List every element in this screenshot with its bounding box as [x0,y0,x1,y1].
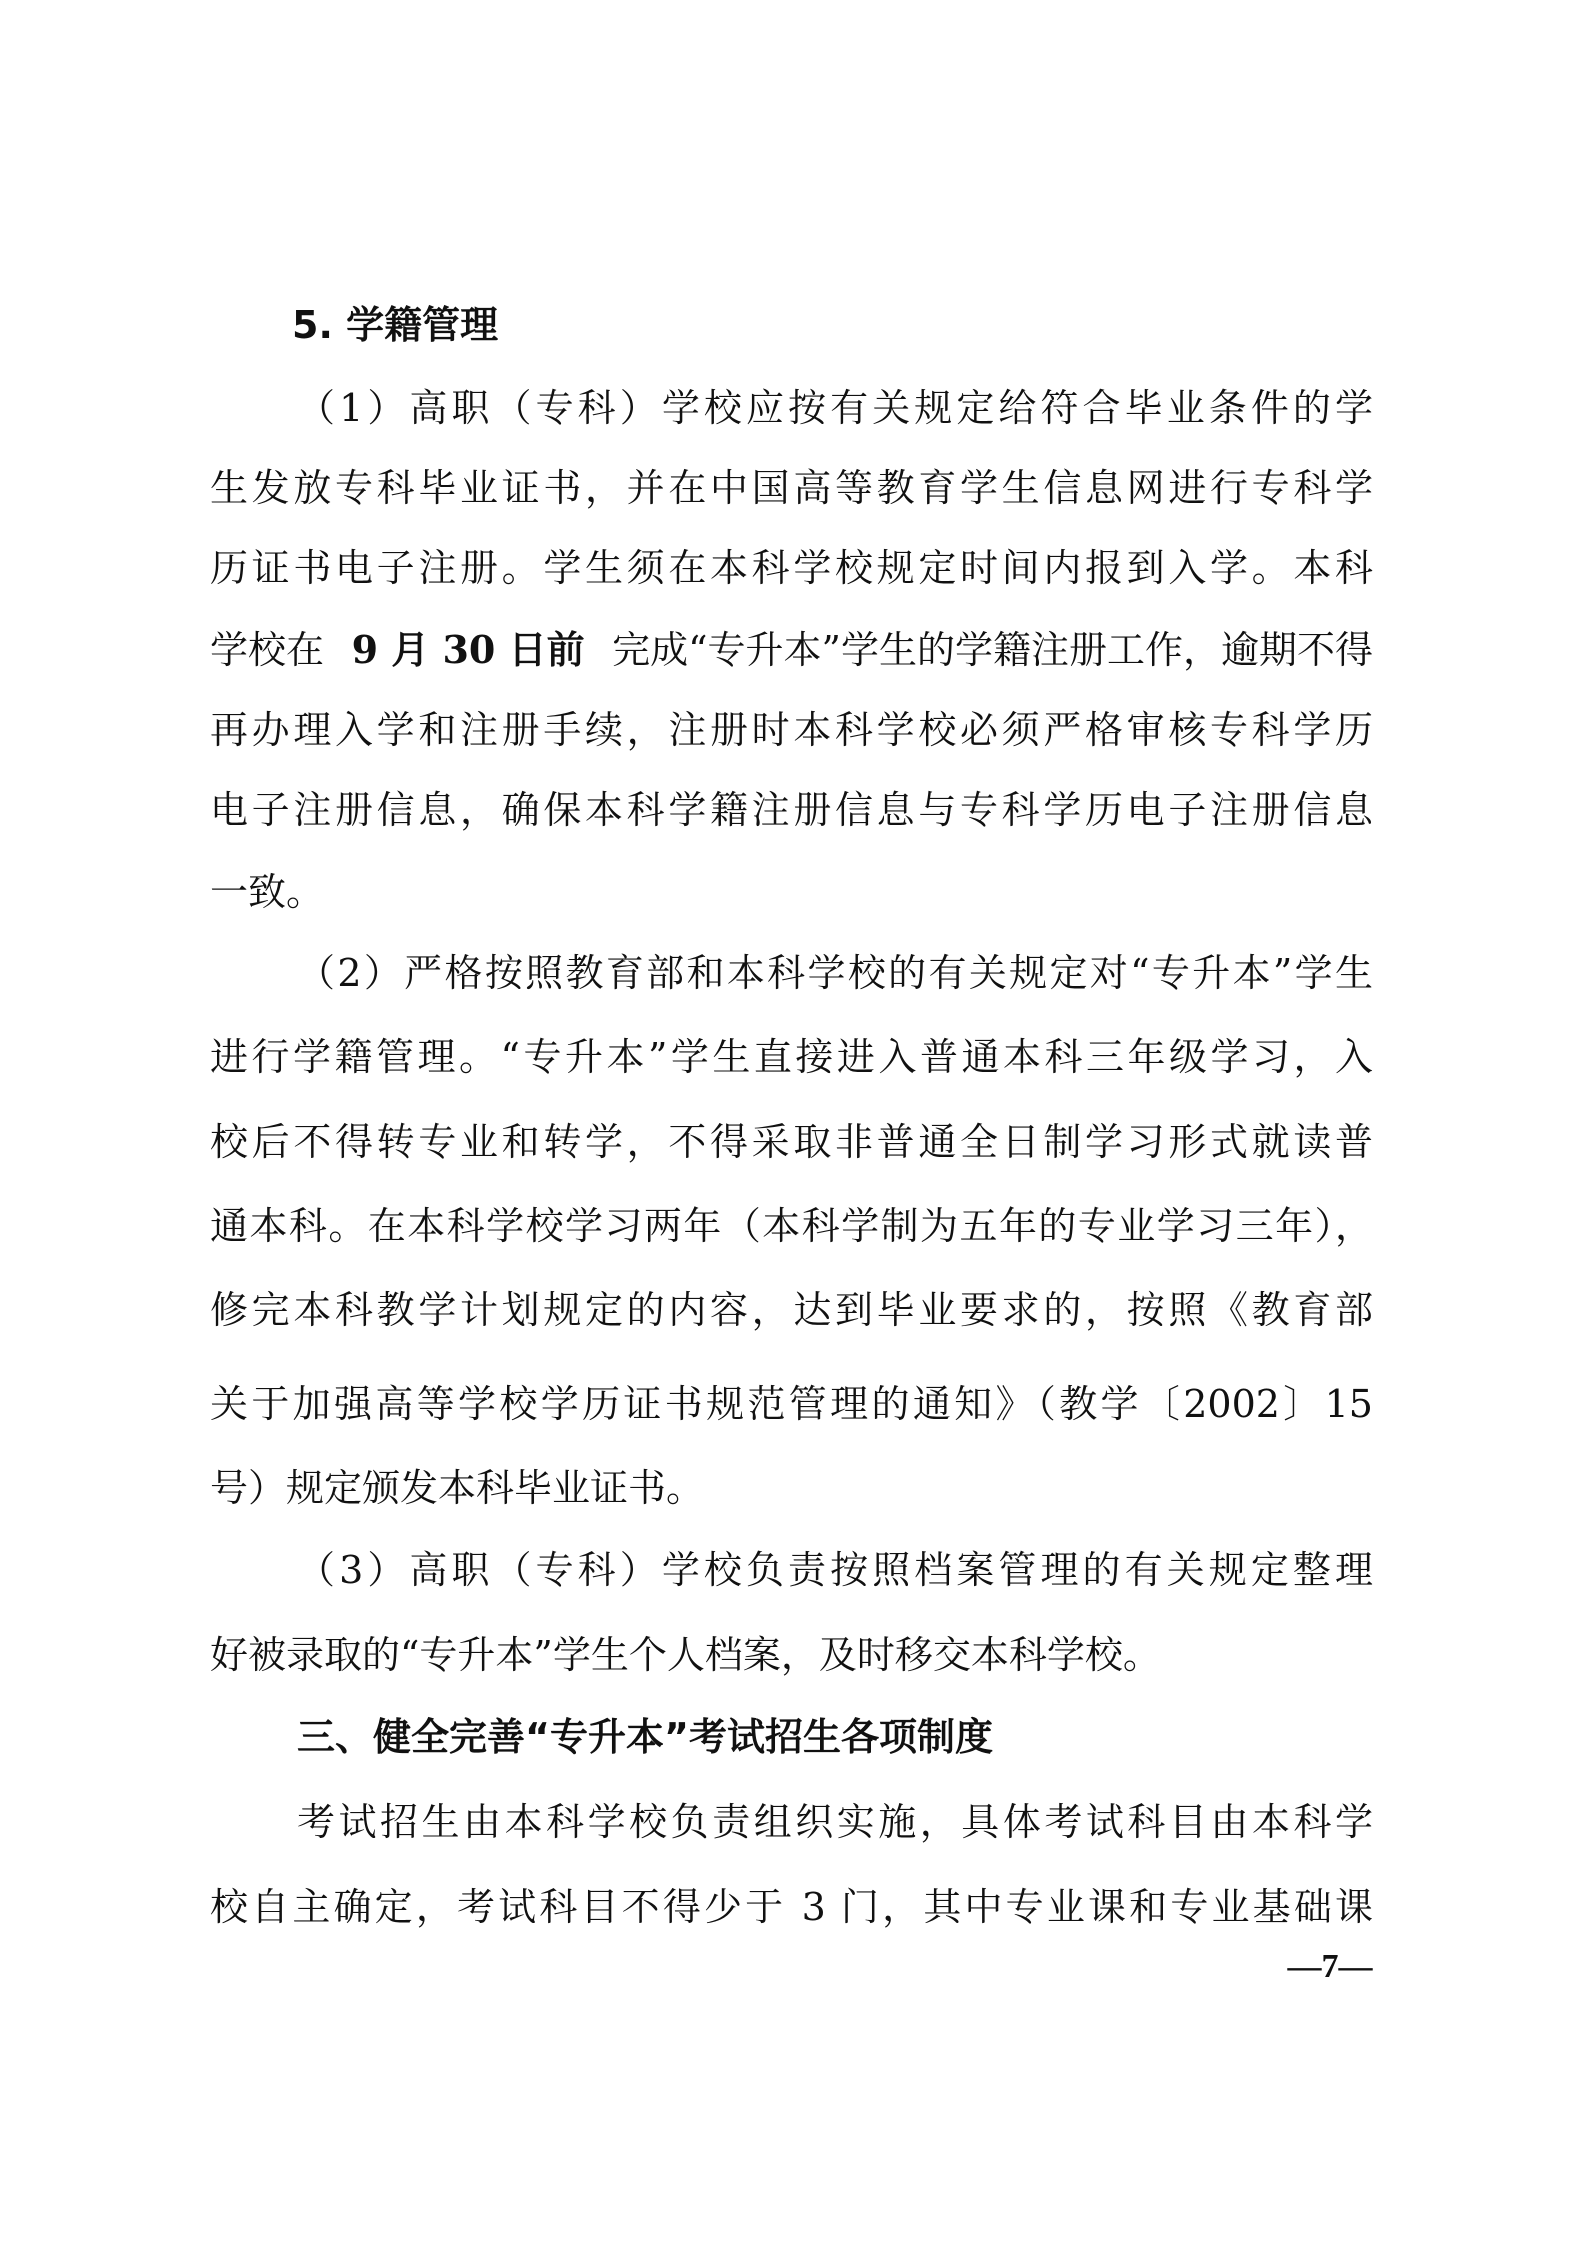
paragraph-4-line-1: 考试招生由本科学校负责组织实施，具体考试科目由本科学 [297,1792,1373,1852]
paragraph-1-line-5: 再办理入学和注册手续，注册时本科学校必须严格审核专科学历 [210,700,1373,760]
paragraph-2-line-2: 进行学籍管理。“专升本”学生直接进入普通本科三年级学习，入 [210,1027,1373,1087]
paragraph-2-line-7: 号）规定颁发本科毕业证书。 [210,1458,1373,1518]
paragraph-1-line-1: （1）高职（专科）学校应按有关规定给符合毕业条件的学 [297,378,1373,438]
paragraph-2-line-1: （2）严格按照教育部和本科学校的有关规定对“专升本”学生 [297,943,1373,1003]
paragraph-1-line-3: 历证书电子注册。学生须在本科学校规定时间内报到入学。本科 [210,538,1373,598]
paragraph-2-line-6: 关于加强高等学校学历证书规范管理的通知》（教学〔2002〕15 [210,1374,1373,1434]
line-4-suffix: 完成“专升本”学生的学籍注册工作，逾期不得 [612,620,1373,680]
paragraph-2-line-5: 修完本科教学计划规定的内容，达到毕业要求的，按照《教育部 [210,1280,1373,1340]
paragraph-1-line-4: 学校在 9 月 30 日前 完成“专升本”学生的学籍注册工作，逾期不得 [210,620,1373,680]
paragraph-1-line-6: 电子注册信息，确保本科学籍注册信息与专科学历电子注册信息 [210,780,1373,840]
paragraph-2-line-4: 通本科。在本科学校学习两年（本科学制为五年的专业学习三年）， [210,1196,1373,1256]
deadline-bold-text: 9 月 30 日前 [352,620,585,680]
page-number: —7— [1285,1945,1375,1989]
paragraph-1-line-2: 生发放专科毕业证书，并在中国高等教育学生信息网进行专科学 [210,458,1373,518]
section-heading-student-status: 5. 学籍管理 [292,295,892,355]
paragraph-1-line-7: 一致。 [210,862,1373,922]
line-4-prefix: 学校在 [210,620,324,680]
document-page: 5. 学籍管理 （1）高职（专科）学校应按有关规定给符合毕业条件的学 生发放专科… [0,0,1587,2245]
paragraph-4-line-2: 校自主确定，考试科目不得少于 3 门，其中专业课和专业基础课 [210,1877,1373,1937]
paragraph-2-line-3: 校后不得转专业和转学，不得采取非普通全日制学习形式就读普 [210,1112,1373,1172]
paragraph-3-line-2: 好被录取的“专升本”学生个人档案，及时移交本科学校。 [210,1625,1373,1685]
paragraph-3-line-1: （3）高职（专科）学校负责按照档案管理的有关规定整理 [297,1540,1373,1600]
section-heading-exam-system: 三、健全完善“专升本”考试招生各项制度 [297,1707,1297,1767]
